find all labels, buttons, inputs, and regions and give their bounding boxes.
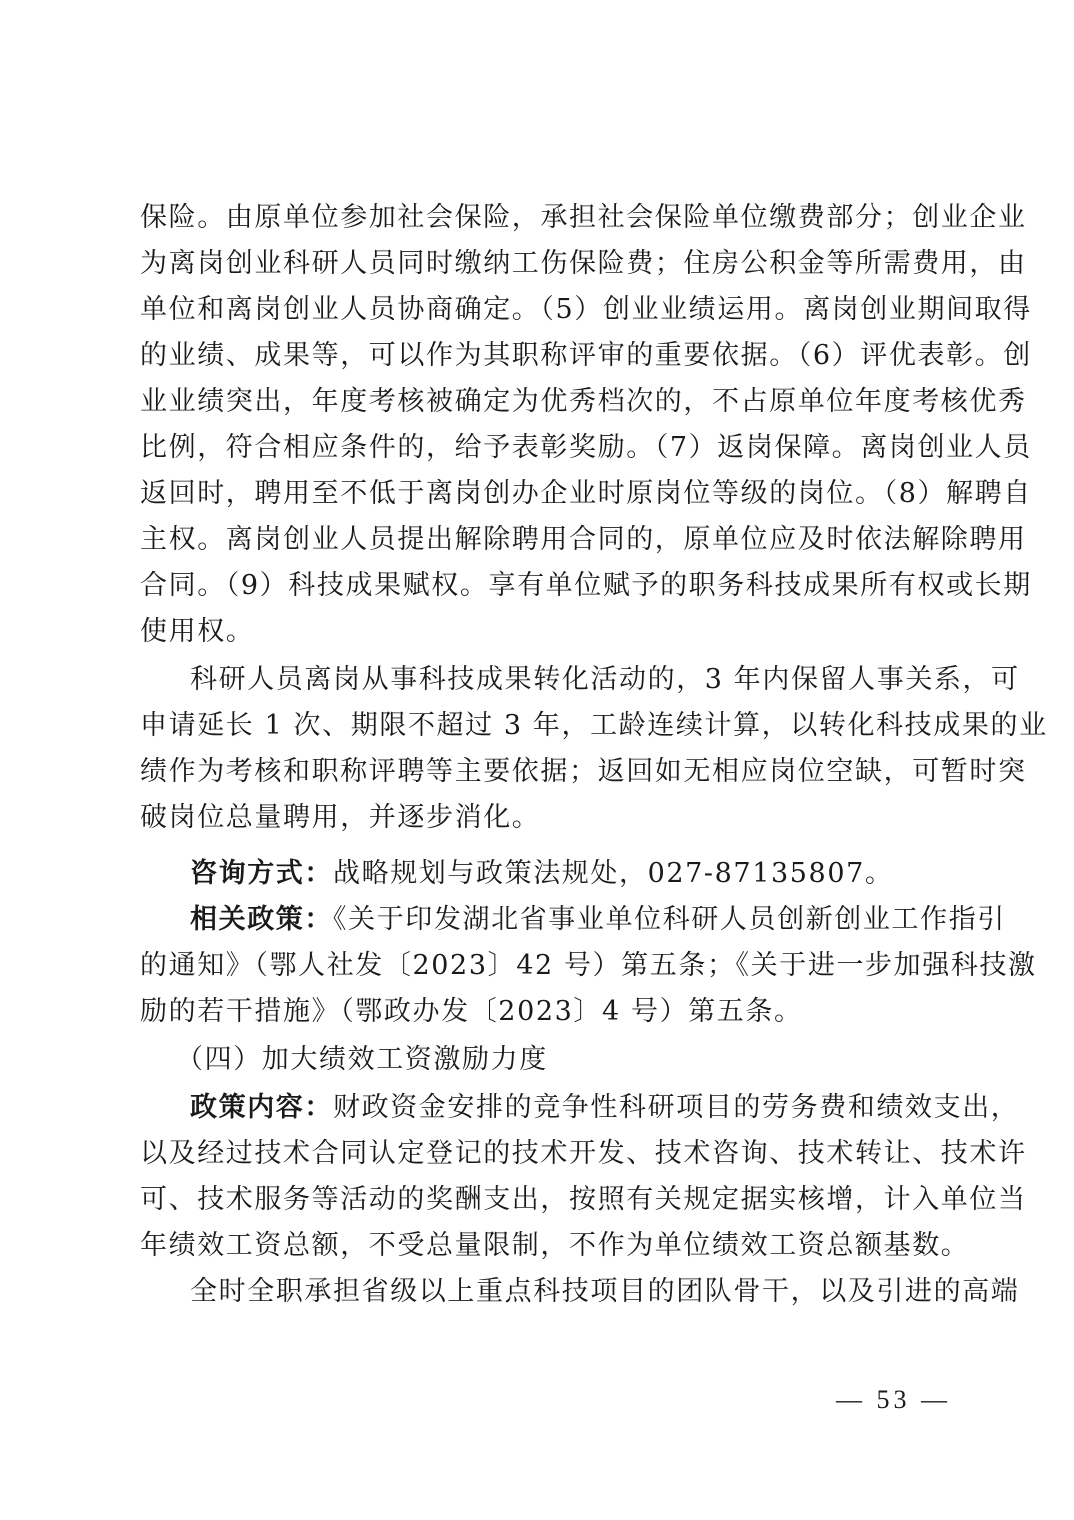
body-line: 合同。（9）科技成果赋权。享有单位赋予的职务科技成果所有权或长期 — [140, 566, 922, 606]
body-line: 保险。由原单位参加社会保险，承担社会保险单位缴费部分；创业企业 — [140, 198, 922, 238]
body-line: 使用权。 — [140, 612, 922, 652]
related-policy-line: 相关政策：《关于印发湖北省事业单位科研人员创新创业工作指引 — [190, 900, 922, 940]
section-heading: （四）加大绩效工资激励力度 — [176, 1040, 958, 1080]
body-line: 为离岗创业科研人员同时缴纳工伤保险费；住房公积金等所需费用，由 — [140, 244, 922, 284]
consult-label: 咨询方式： — [190, 858, 333, 889]
body-line: 业业绩突出，年度考核被确定为优秀档次的，不占原单位年度考核优秀 — [140, 382, 922, 422]
body-line: 的通知》（鄂人社发〔2023〕42 号）第五条；《关于进一步加强科技激 — [140, 946, 922, 986]
body-line: 比例，符合相应条件的，给予表彰奖励。（7）返岗保障。离岗创业人员 — [140, 428, 922, 468]
body-line: 破岗位总量聘用，并逐步消化。 — [140, 798, 922, 838]
body-line: 励的若干措施》（鄂政办发〔2023〕4 号）第五条。 — [140, 992, 922, 1032]
body-line: 申请延长 1 次、期限不超过 3 年，工龄连续计算，以转化科技成果的业 — [140, 706, 922, 746]
body-line: 的业绩、成果等，可以作为其职称评审的重要依据。（6）评优表彰。创 — [140, 336, 922, 376]
related-text: 《关于印发湖北省事业单位科研人员创新创业工作指引 — [333, 904, 1006, 935]
body-line: 年绩效工资总额，不受总量限制，不作为单位绩效工资总额基数。 — [140, 1226, 922, 1266]
body-line: 返回时，聘用至不低于离岗创办企业时原岗位等级的岗位。（8）解聘自 — [140, 474, 922, 514]
consult-line: 咨询方式：战略规划与政策法规处，027-87135807。 — [190, 854, 922, 894]
policy-content-line: 政策内容：财政资金安排的竞争性科研项目的劳务费和绩效支出， — [190, 1088, 922, 1128]
body-line: 单位和离岗创业人员协商确定。（5）创业业绩运用。离岗创业期间取得 — [140, 290, 922, 330]
body-line: 绩作为考核和职称评聘等主要依据；返回如无相应岗位空缺，可暂时突 — [140, 752, 922, 792]
page-number: — 53 — — [836, 1380, 951, 1420]
body-line: 科研人员离岗从事科技成果转化活动的，3 年内保留人事关系，可 — [190, 660, 922, 700]
policy-label: 政策内容： — [190, 1092, 333, 1123]
body-line: 以及经过技术合同认定登记的技术开发、技术咨询、技术转让、技术许 — [140, 1134, 922, 1174]
consult-text: 战略规划与政策法规处，027-87135807。 — [333, 858, 893, 889]
related-label: 相关政策： — [190, 904, 333, 935]
document-page: 保险。由原单位参加社会保险，承担社会保险单位缴费部分；创业企业 为离岗创业科研人… — [0, 0, 1074, 1520]
body-line: 可、技术服务等活动的奖酬支出，按照有关规定据实核增，计入单位当 — [140, 1180, 922, 1220]
policy-text: 财政资金安排的竞争性科研项目的劳务费和绩效支出， — [333, 1092, 1019, 1123]
body-line: 全时全职承担省级以上重点科技项目的团队骨干，以及引进的高端 — [190, 1272, 922, 1312]
body-line: 主权。离岗创业人员提出解除聘用合同的，原单位应及时依法解除聘用 — [140, 520, 922, 560]
